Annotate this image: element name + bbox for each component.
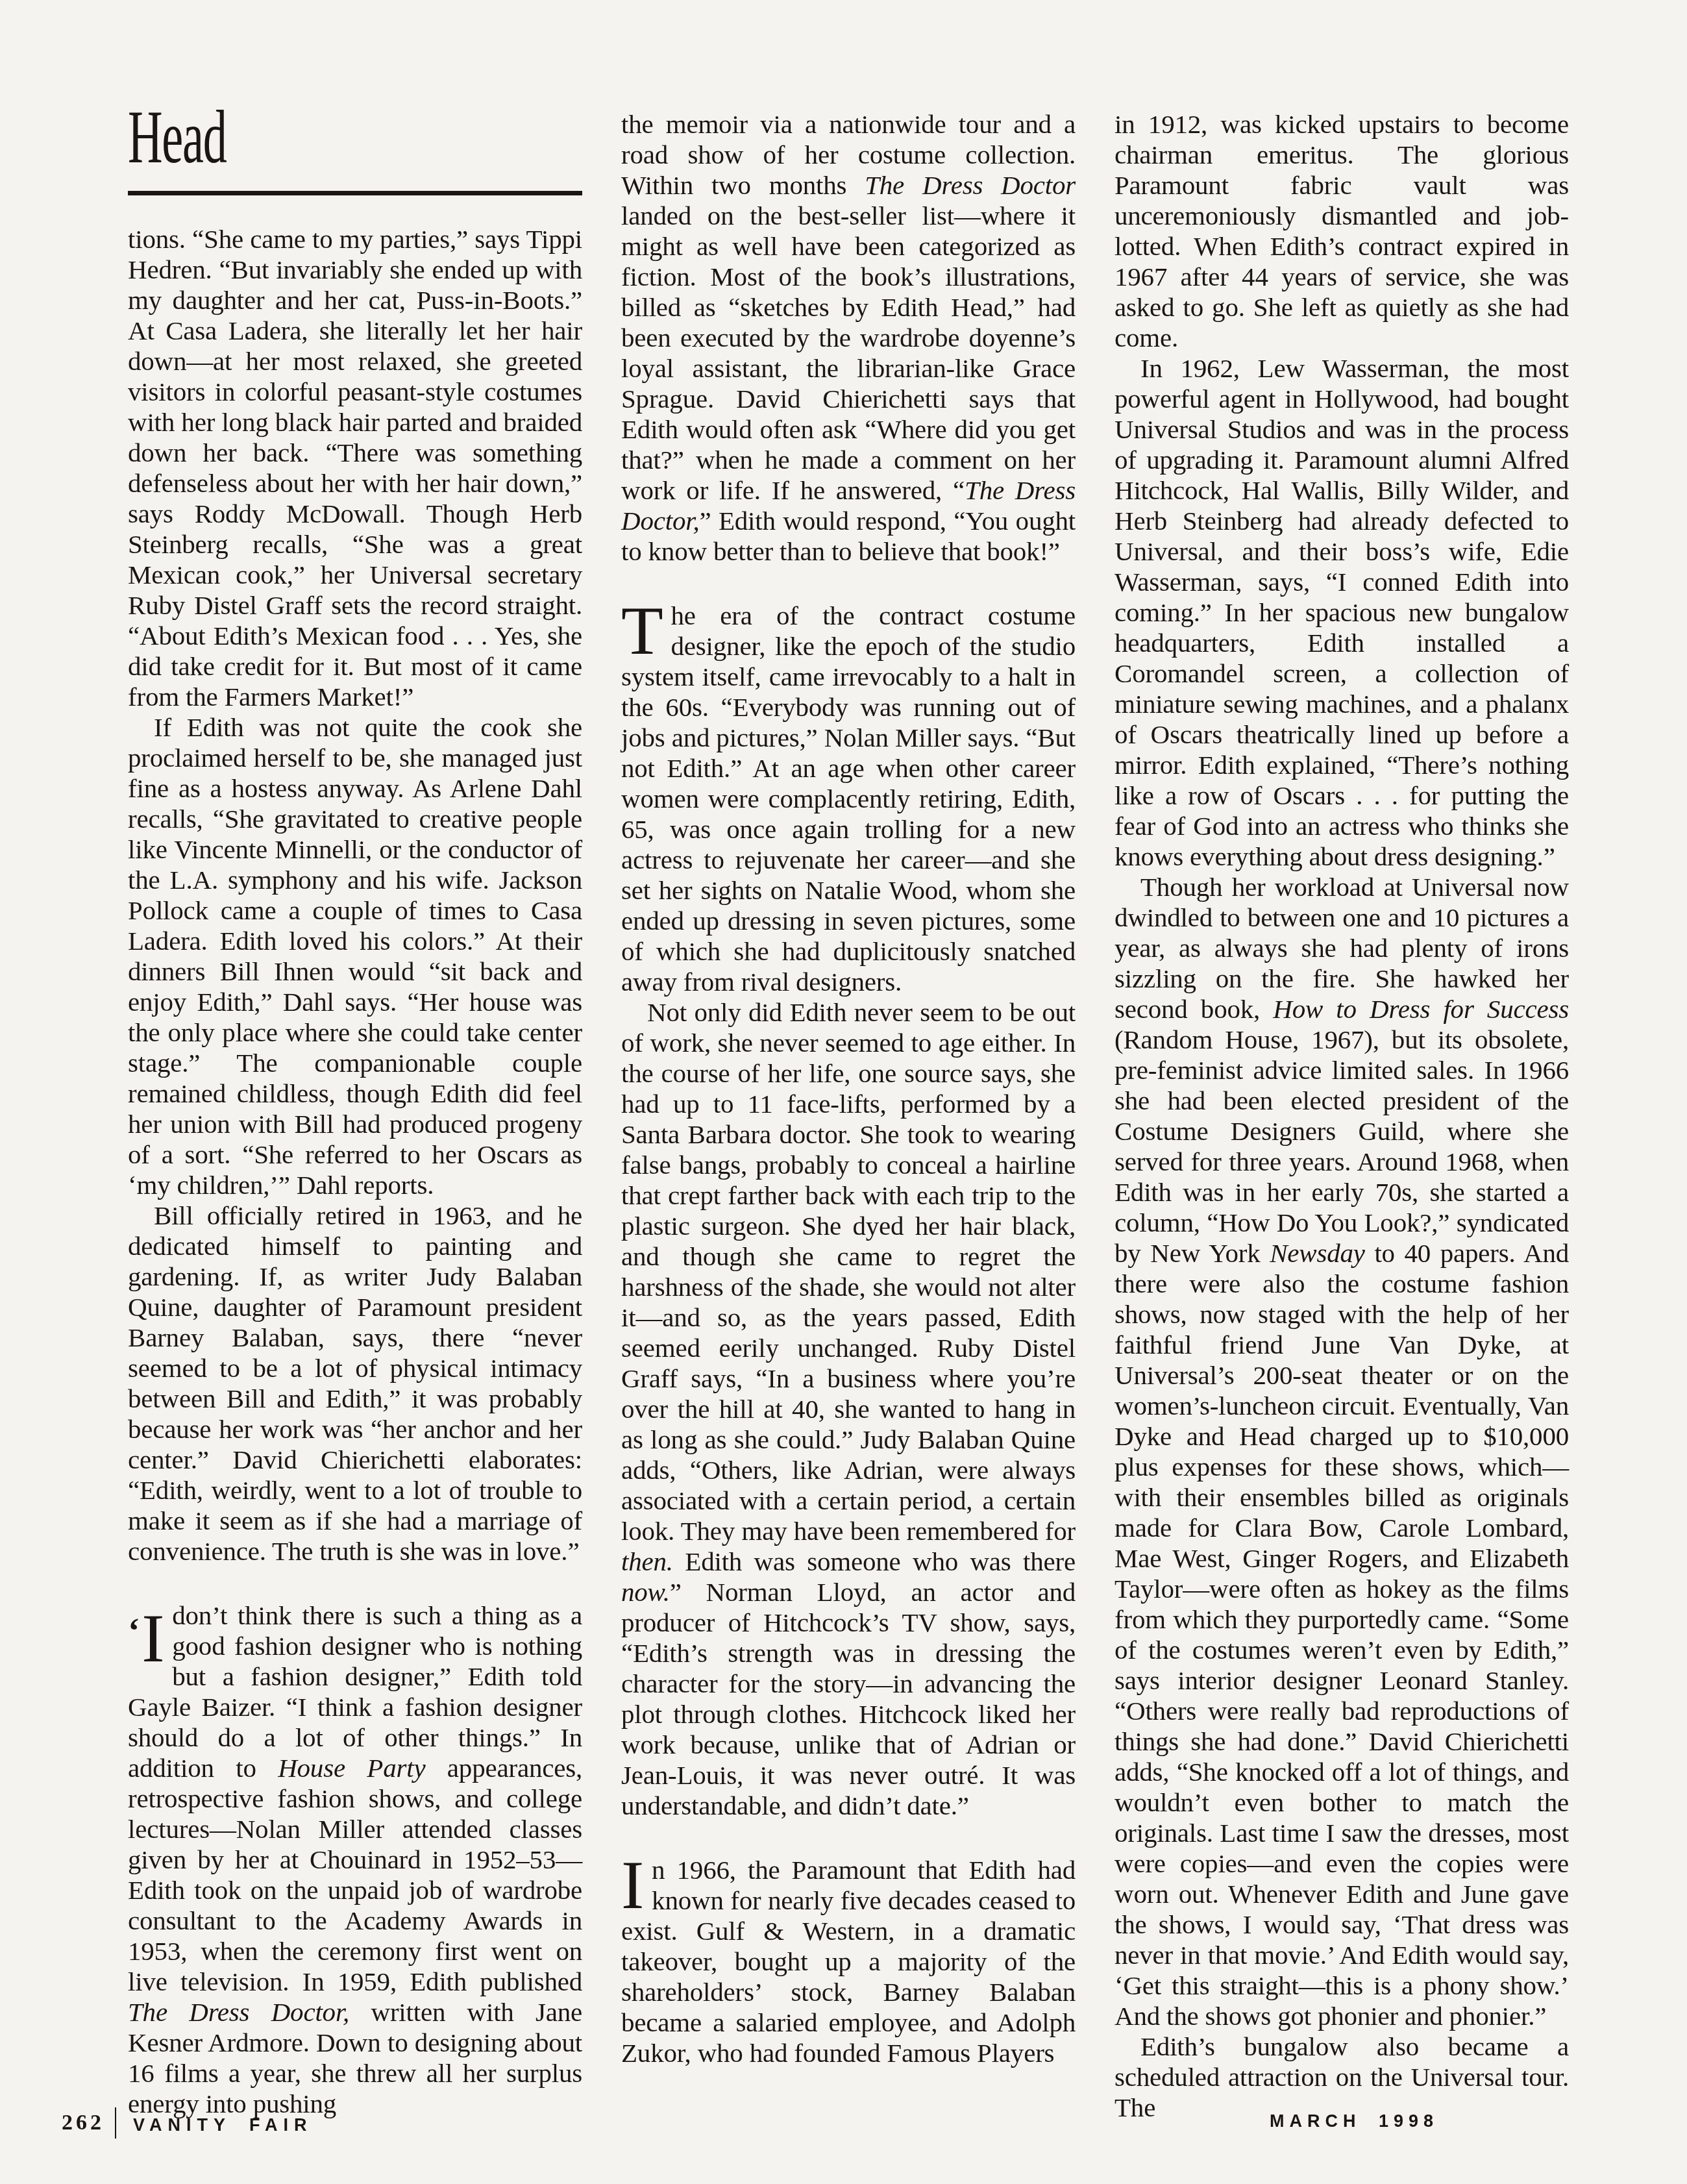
article-paragraph: ‘Idon’t think there is such a thing as a…: [128, 1600, 582, 2119]
magazine-page: Head tions. “She came to my parties,” sa…: [0, 0, 1687, 2184]
article-paragraph: tions. “She came to my parties,” says Ti…: [128, 224, 582, 712]
article-header: Head: [128, 109, 582, 195]
article-column-1: Head tions. “She came to my parties,” sa…: [128, 109, 582, 2119]
article-paragraph: In 1966, the Paramount that Edith had kn…: [621, 1855, 1076, 2068]
title-rule: [128, 191, 582, 195]
footer-left: 262 VANITY FAIR: [62, 2107, 313, 2139]
drop-cap: ‘I: [128, 1604, 164, 1666]
article-title: Head: [128, 109, 582, 166]
article-paragraph: Though her workload at Universal now dwi…: [1114, 872, 1569, 2031]
issue-date: MARCH 1998: [1270, 2111, 1438, 2131]
drop-cap: T: [621, 604, 663, 658]
article-paragraph: Not only did Edith never seem to be out …: [621, 997, 1076, 1821]
article-paragraph: The era of the contract costume designer…: [621, 601, 1076, 997]
article-paragraph: Edith’s bungalow also became a scheduled…: [1114, 2031, 1569, 2123]
drop-cap: I: [621, 1858, 644, 1913]
magazine-name: VANITY FAIR: [133, 2111, 313, 2135]
article-paragraph: If Edith was not quite the cook she proc…: [128, 712, 582, 1200]
article-paragraph: in 1912, was kicked upstairs to become c…: [1114, 109, 1569, 353]
article-paragraph: Bill officially retired in 1963, and he …: [128, 1200, 582, 1567]
footer-divider: [115, 2107, 116, 2139]
article-column-3: in 1912, was kicked upstairs to become c…: [1114, 109, 1569, 2123]
article-title-text: Head: [128, 109, 227, 166]
article-column-2: the memoir via a nationwide tour and a r…: [621, 109, 1076, 2068]
page-number: 262: [62, 2111, 105, 2135]
quote-mark: ‘: [128, 1611, 140, 1650]
article-paragraph: the memoir via a nationwide tour and a r…: [621, 109, 1076, 567]
article-paragraph: In 1962, Lew Wasserman, the most powerfu…: [1114, 353, 1569, 872]
